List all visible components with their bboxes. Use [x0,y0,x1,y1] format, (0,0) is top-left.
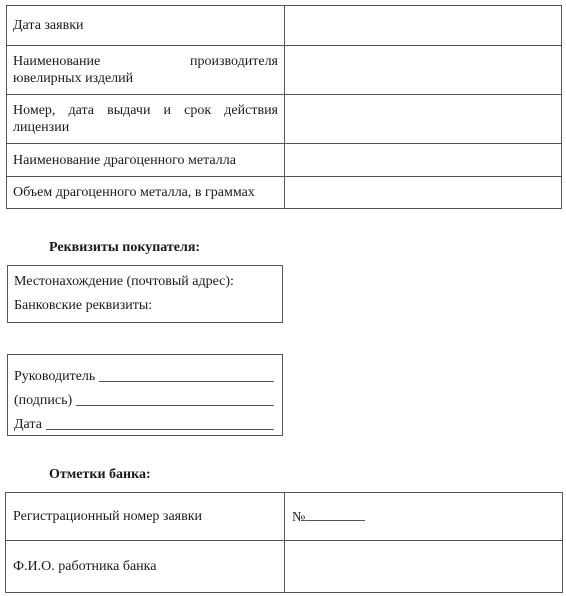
signature-line-signature: (подпись) [14,386,276,410]
director-field[interactable] [99,381,274,382]
row-label-license: Номер, дата выдачи и срок действия лицен… [7,95,285,144]
row-label-manufacturer-name: Наименование производителя ювелирных изд… [7,46,285,95]
bank-notes-table: Регистрационный номер заявки № Ф.И.О. ра… [5,492,563,593]
table-row: Регистрационный номер заявки № [6,493,563,541]
row-label-metal-name: Наименование драгоценного металла [7,144,285,177]
metal-volume-field[interactable] [285,177,562,209]
row-label-bank-employee: Ф.И.О. работника банка [6,541,285,593]
signature-label: (подпись) [14,392,72,410]
label-part: Наименование [13,53,100,70]
registration-number-cell: № [285,493,563,541]
director-label: Руководитель [14,368,95,386]
label-part: Номер, дата выдачи и срок действия [13,102,278,119]
label-part: лицензии [13,119,278,136]
label-part: ювелирных изделий [13,70,278,87]
date-label: Дата [14,416,42,434]
date-field[interactable] [46,429,274,430]
table-row: Наименование драгоценного металла [7,144,562,177]
row-label-metal-volume: Объем драгоценного металла, в граммах [7,177,285,209]
table-row: Объем драгоценного металла, в граммах [7,177,562,209]
buyer-details-heading: Реквизиты покупателя: [49,240,200,256]
bank-notes-heading: Отметки банка: [49,467,151,483]
signature-box: Руководитель (подпись) Дата [7,354,283,436]
table-row: Номер, дата выдачи и срок действия лицен… [7,95,562,144]
number-sign: № [292,510,305,525]
label-part: производителя [190,53,278,70]
registration-number-field[interactable] [305,508,365,521]
row-label-application-date: Дата заявки [7,6,285,46]
row-label-registration-number: Регистрационный номер заявки [6,493,285,541]
buyer-address-label: Местонахождение (почтовый адрес): [14,272,276,296]
buyer-details-box: Местонахождение (почтовый адрес): Банков… [7,265,283,323]
signature-field[interactable] [76,405,274,406]
application-details-table: Дата заявки Наименование производителя ю… [6,5,562,209]
license-field[interactable] [285,95,562,144]
metal-name-field[interactable] [285,144,562,177]
table-row: Ф.И.О. работника банка [6,541,563,593]
manufacturer-name-field[interactable] [285,46,562,95]
bank-employee-field[interactable] [285,541,563,593]
signature-line-date: Дата [14,410,276,434]
application-date-field[interactable] [285,6,562,46]
signature-line-director: Руководитель [14,362,276,386]
table-row: Наименование производителя ювелирных изд… [7,46,562,95]
table-row: Дата заявки [7,6,562,46]
buyer-bank-details-label: Банковские реквизиты: [14,296,276,320]
